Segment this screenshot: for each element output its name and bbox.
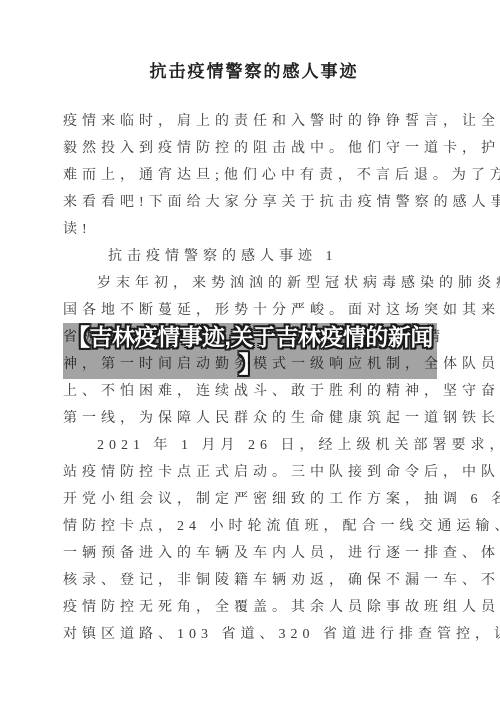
text-line: 开党小组会议，制定严密细致的工作方案，抽调 6 名民辅警据点疫 — [63, 486, 445, 513]
text-line: 疫情来临时，肩上的责任和入警时的铮铮誓言，让全市数千名民警 — [63, 108, 445, 135]
watermark-banner: 【吉林疫情事迹,关于吉林疫情的新闻 】 — [63, 323, 437, 379]
text-line: 核录、登记，非铜陵籍车辆劝返，确保不漏一车、不漏一人，实现 — [63, 567, 445, 594]
text-line: 情防控卡点，24 小时轮流值班，配合一线交通运输、卫健部门对每 — [63, 513, 445, 540]
watermark-banner-line-1: 【吉林疫情事迹,关于吉林疫情的新闻 — [67, 324, 433, 351]
section-subtitle: 抗击疫情警察的感人事迹 1 — [63, 243, 445, 270]
document-page: 抗击疫情警察的感人事迹 疫情来临时，肩上的责任和入警时的铮铮誓言，让全市数千名民… — [0, 0, 500, 706]
text-line: 上、不怕困难，连续战斗、敢于胜利的精神，坚守奋战在防控疫情 — [63, 378, 445, 405]
text-line: 一辆预备进入的车辆及车内人员，进行逐一排查、体温测量、询问 — [63, 540, 445, 567]
paragraph-story-before-overlay: 岁末年初，来势汹汹的新型冠状病毒感染的肺炎疫情，在全国各地不断蔓延，形势十分严峻… — [63, 270, 445, 324]
text-line: 难而上，通宵达旦;他们心中有责，不言后退。为了方便大家，一起 — [63, 162, 445, 189]
text-line: 第一线，为保障人民群众的生命健康筑起一道钢铁长城。 — [63, 405, 445, 432]
paragraph-intro: 疫情来临时，肩上的责任和入警时的铮铮誓言，让全市数千名民警毅然投入到疫情防控的阻… — [63, 108, 445, 243]
text-line: 站疫情防控卡点正式启动。三中队接到命令后，中队负责人立即召 — [63, 459, 445, 486]
page-title: 抗击疫情警察的感人事迹 — [63, 57, 445, 87]
text-line: 岁末年初，来势汹汹的新型冠状病毒感染的肺炎疫情，在全 — [63, 270, 445, 297]
text-line: 疫情防控无死角，全覆盖。其余人员除事故班组人员外，负责每日 — [63, 594, 445, 621]
watermark-banner-line-2: 】 — [239, 351, 262, 378]
text-line: 2021 年 1 月月 26 日，经上级机关部署要求，横埠高速收费 — [63, 432, 445, 459]
text-line: 读! — [63, 216, 445, 243]
text-line: 来看看吧!下面给大家分享关于抗击疫情警察的感人事迹，欢迎阅 — [63, 189, 445, 216]
text-line: 国各地不断蔓延，形势十分严峻。面对这场突如其来的灾难，安徽 — [63, 297, 445, 324]
text-line: 毅然投入到疫情防控的阻击战中。他们守一道卡，护一城人;他们迎 — [63, 135, 445, 162]
text-line: 对镇区道路、103 省道、320 省道进行排查管控，认真研判摸排在道 — [63, 621, 445, 648]
paragraph-checkpoint: 2021 年 1 月月 26 日，经上级机关部署要求，横埠高速收费站疫情防控卡点… — [63, 432, 445, 648]
